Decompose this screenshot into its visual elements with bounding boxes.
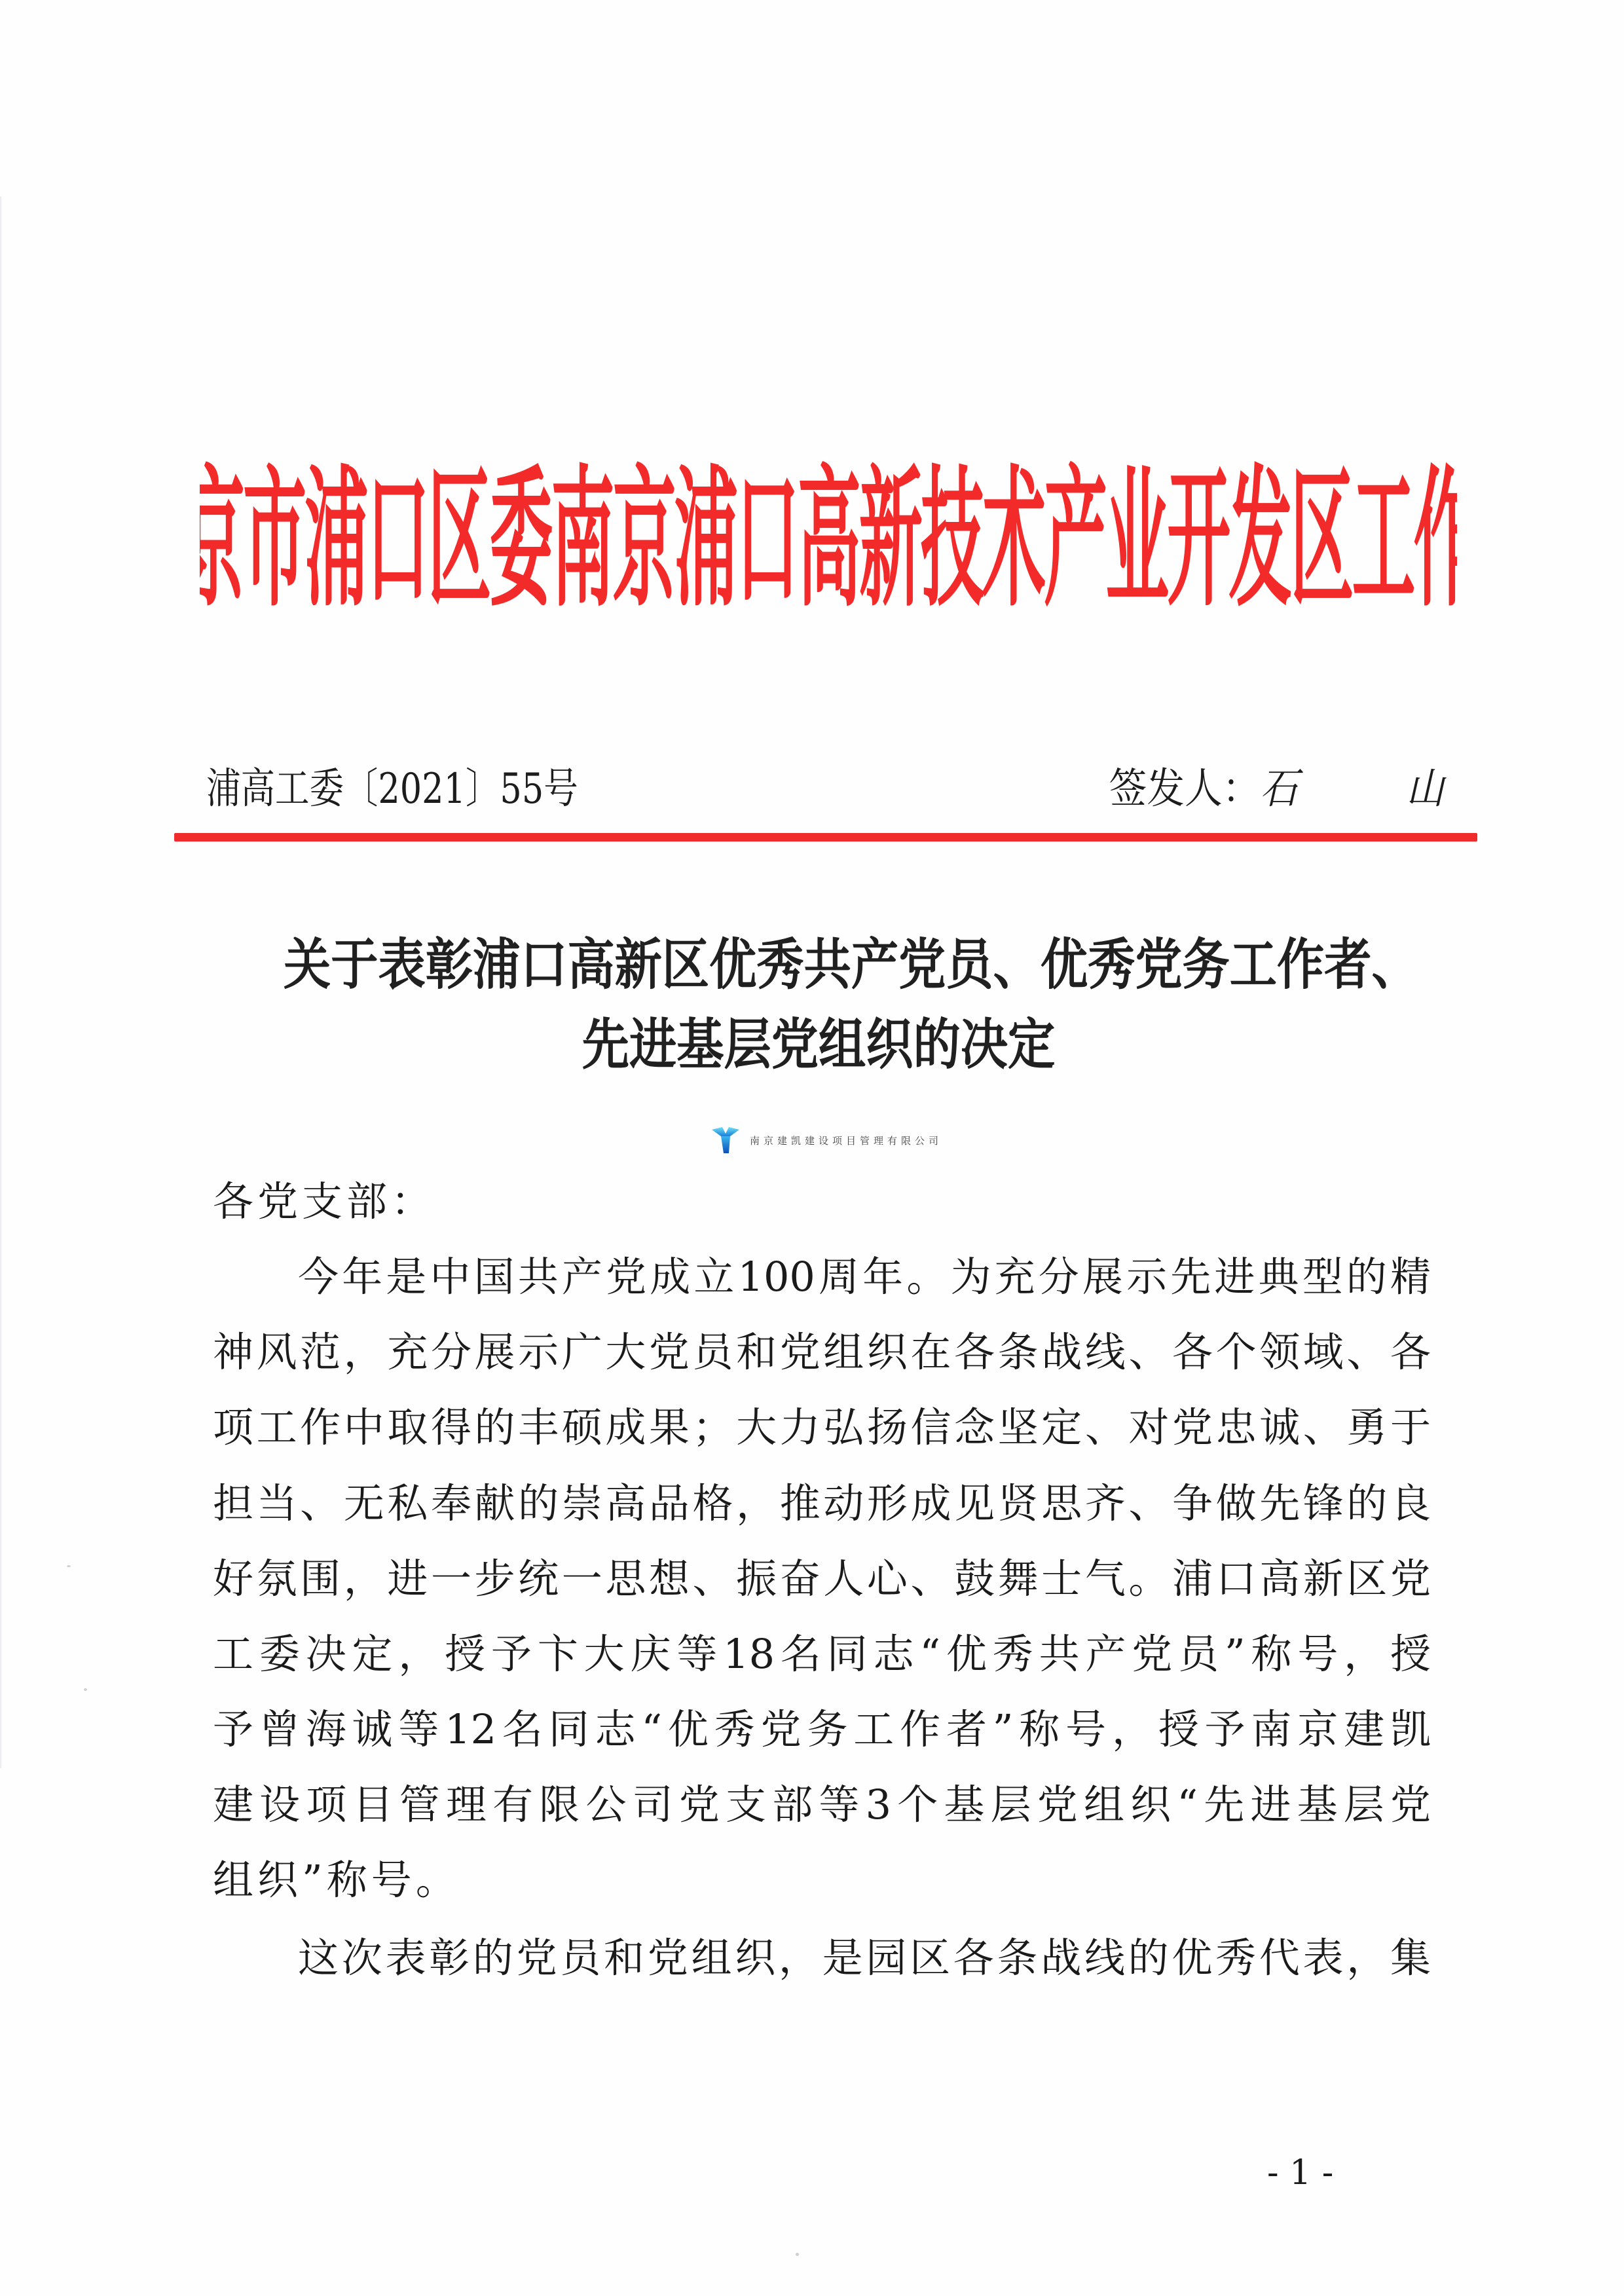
body-line: 组织”称号。 — [213, 1854, 460, 1906]
document-number: 浦高工委〔2021〕55号 — [206, 760, 578, 819]
scan-speck — [67, 1565, 71, 1567]
issuer-name: 石 山 — [1260, 765, 1479, 813]
document-number-row: 浦高工委〔2021〕55号 签发人：石 山 — [206, 760, 1444, 819]
body-line: 建设项目管理有限公司党支部等3个基层党组织“先进基层党 — [213, 1779, 1431, 1831]
scan-speck — [84, 1688, 87, 1691]
body-line: 今年是中国共产党成立100周年。为充分展示先进典型的精 — [298, 1251, 1431, 1303]
body-line: 项工作中取得的丰硕成果；大力弘扬信念坚定、对党忠诚、勇于 — [213, 1401, 1431, 1454]
issuer-label: 签发人： — [1109, 765, 1260, 813]
company-watermark: 南京建凯建设项目管理有限公司 — [710, 1125, 942, 1155]
page-number: - 1 - — [1267, 2153, 1333, 2193]
scan-speck — [796, 2253, 799, 2256]
masthead-title: 中共南京市浦口区委南京浦口高新技术产业开发区工作委员会 — [200, 455, 1457, 625]
document-title-line-1: 关于表彰浦口高新区优秀共产党员、优秀党务工作者、 — [284, 929, 1354, 1001]
body-line: 神风范，充分展示广大党员和党组织在各条战线、各个领域、各 — [213, 1326, 1431, 1379]
body-line: 这次表彰的党员和党组织，是园区各条战线的优秀代表，集 — [298, 1932, 1431, 1984]
scan-edge-shadow — [0, 196, 3, 1768]
company-logo-icon — [710, 1126, 741, 1155]
body-line: 好氛围，进一步统一思想、振奋人心、鼓舞士气。浦口高新区党 — [213, 1553, 1431, 1605]
watermark-company-name: 南京建凯建设项目管理有限公司 — [750, 1134, 942, 1147]
document-page: 中共南京市浦口区委南京浦口高新技术产业开发区工作委员会 浦高工委〔2021〕55… — [0, 0, 1624, 2296]
body-line: 担当、无私奉献的崇高品格，推动形成见贤思齐、争做先锋的良 — [213, 1477, 1431, 1530]
issuer: 签发人：石 山 — [1109, 760, 1444, 819]
document-title-line-2: 先进基层党组织的决定 — [284, 1009, 1354, 1081]
red-masthead: 中共南京市浦口区委南京浦口高新技术产业开发区工作委员会 — [200, 452, 1457, 629]
salutation: 各党支部： — [213, 1176, 435, 1228]
body-line: 予曾海诚等12名同志“优秀党务工作者”称号，授予南京建凯 — [213, 1703, 1431, 1756]
body-line: 工委决定，授予卞大庆等18名同志“优秀共产党员”称号，授 — [213, 1628, 1431, 1680]
red-separator-rule — [174, 833, 1477, 842]
